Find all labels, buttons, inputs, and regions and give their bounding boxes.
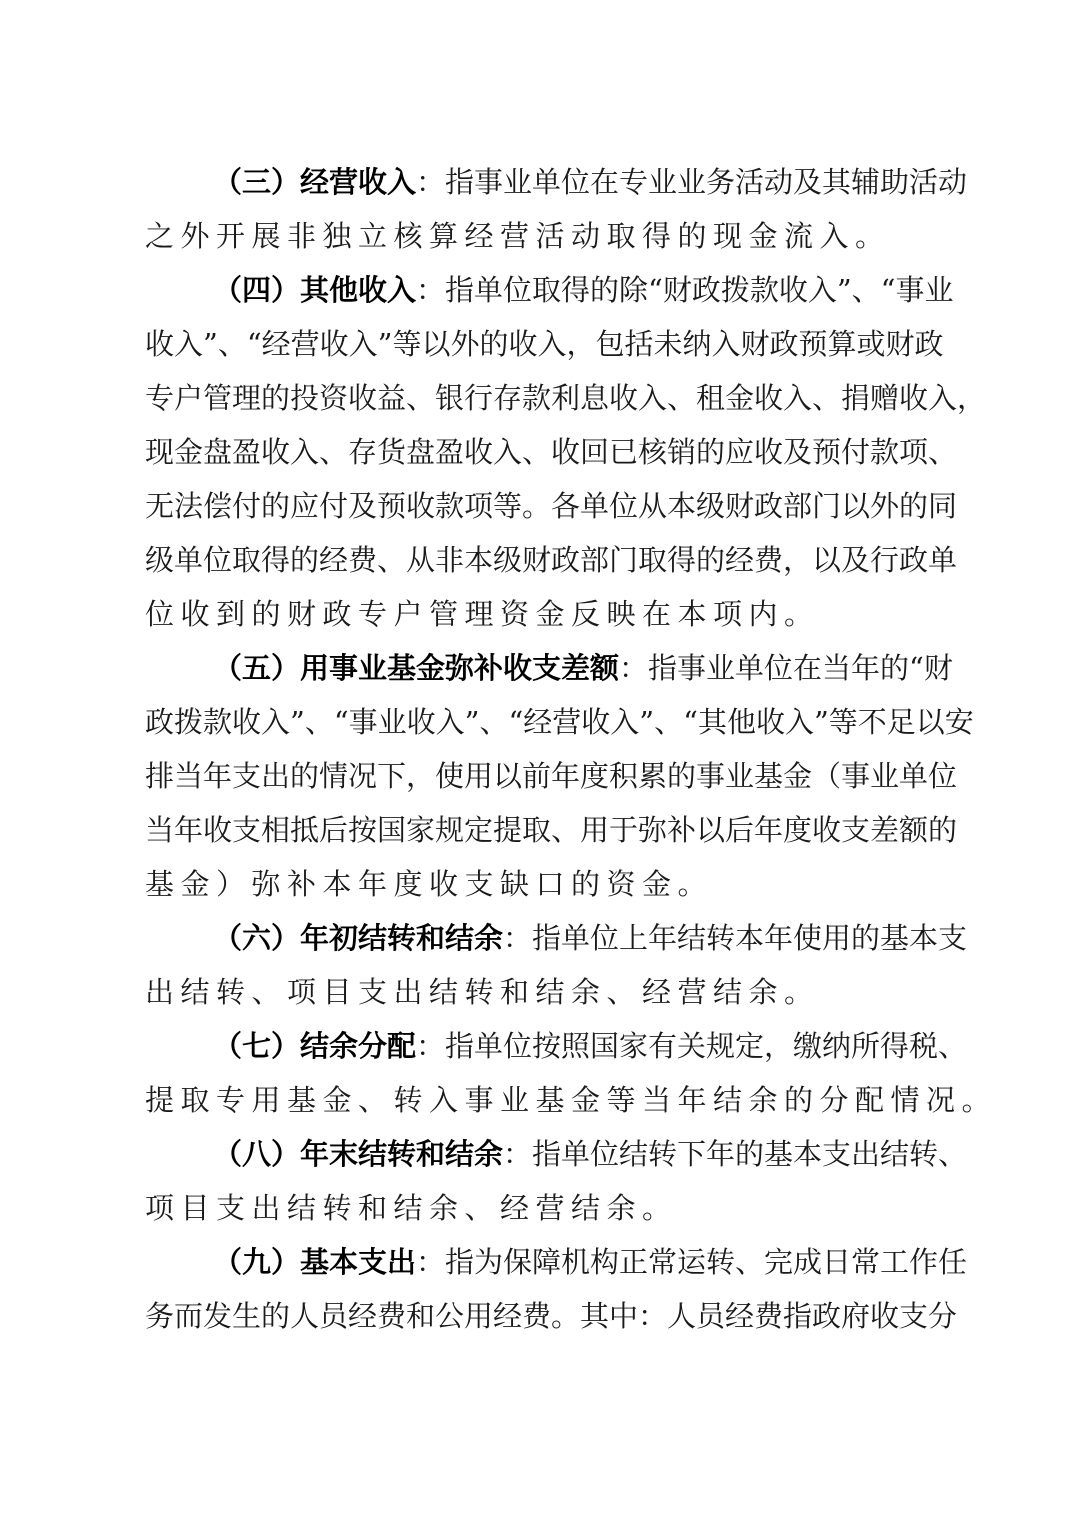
paragraph-line: （三）经营收入：指事业单位在专业业务活动及其辅助活动 — [145, 155, 941, 209]
paragraph-line: 无法偿付的应付及预收款项等。各单位从本级财政部门以外的同 — [145, 479, 941, 533]
paragraph-line: 提取专用基金、转入事业基金等当年结余的分配情况。 — [145, 1073, 941, 1127]
paragraph-other-income: （四）其他收入：指单位取得的除“财政拨款收入”、“事业 收入”、“经营收入”等以… — [145, 263, 941, 641]
paragraph-line: （七）结余分配：指单位按照国家有关规定，缴纳所得税、 — [145, 1019, 941, 1073]
term-heading: （四）其他收入 — [213, 273, 416, 307]
term-heading: （五）用事业基金弥补收支差额 — [213, 651, 619, 685]
document-page: （三）经营收入：指事业单位在专业业务活动及其辅助活动 之外开展非独立核算经营活动… — [145, 155, 941, 1343]
paragraph-closing-balance: （八）年末结转和结余：指单位结转下年的基本支出结转、 项目支出结转和结余、经营结… — [145, 1127, 941, 1235]
definition-text: ：指事业单位在专业业务活动及其辅助活动 — [416, 165, 967, 199]
paragraph-line: 当年收支相抵后按国家规定提取、用于弥补以后年度收支差额的 — [145, 803, 941, 857]
paragraph-basic-expenditure: （九）基本支出：指为保障机构正常运转、完成日常工作任 务而发生的人员经费和公用经… — [145, 1235, 941, 1343]
paragraph-line: （八）年末结转和结余：指单位结转下年的基本支出结转、 — [145, 1127, 941, 1181]
paragraph-fund-offset: （五）用事业基金弥补收支差额：指事业单位在当年的“财 政拨款收入”、“事业收入”… — [145, 641, 941, 911]
paragraph-line: （四）其他收入：指单位取得的除“财政拨款收入”、“事业 — [145, 263, 941, 317]
paragraph-line: 现金盘盈收入、存货盘盈收入、收回已核销的应收及预付款项、 — [145, 425, 941, 479]
paragraph-line: 位收到的财政专户管理资金反映在本项内。 — [145, 587, 941, 641]
definition-text: ：指为保障机构正常运转、完成日常工作任 — [416, 1245, 967, 1279]
paragraph-line: 排当年支出的情况下，使用以前年度积累的事业基金（事业单位 — [145, 749, 941, 803]
definition-text: ：指单位取得的除“财政拨款收入”、“事业 — [416, 273, 953, 307]
term-heading: （九）基本支出 — [213, 1245, 416, 1279]
paragraph-line: 出结转、项目支出结转和结余、经营结余。 — [145, 965, 941, 1019]
paragraph-line: 项目支出结转和结余、经营结余。 — [145, 1181, 941, 1235]
term-heading: （六）年初结转和结余 — [213, 921, 503, 955]
definition-text: ：指单位结转下年的基本支出结转、 — [503, 1137, 967, 1171]
paragraph-line: 专户管理的投资收益、银行存款利息收入、租金收入、捐赠收入， — [145, 371, 941, 425]
term-heading: （三）经营收入 — [213, 165, 416, 199]
definition-text: ：指单位按照国家有关规定，缴纳所得税、 — [416, 1029, 967, 1063]
term-heading: （八）年末结转和结余 — [213, 1137, 503, 1171]
paragraph-operating-income: （三）经营收入：指事业单位在专业业务活动及其辅助活动 之外开展非独立核算经营活动… — [145, 155, 941, 263]
paragraph-opening-balance: （六）年初结转和结余：指单位上年结转本年使用的基本支 出结转、项目支出结转和结余… — [145, 911, 941, 1019]
paragraph-line: （六）年初结转和结余：指单位上年结转本年使用的基本支 — [145, 911, 941, 965]
paragraph-line: 务而发生的人员经费和公用经费。其中：人员经费指政府收支分 — [145, 1289, 941, 1343]
paragraph-line: （九）基本支出：指为保障机构正常运转、完成日常工作任 — [145, 1235, 941, 1289]
paragraph-line: 收入”、“经营收入”等以外的收入，包括未纳入财政预算或财政 — [145, 317, 941, 371]
definition-text: ：指单位上年结转本年使用的基本支 — [503, 921, 967, 955]
paragraph-line: 之外开展非独立核算经营活动取得的现金流入。 — [145, 209, 941, 263]
definition-text: ：指事业单位在当年的“财 — [619, 651, 953, 685]
term-heading: （七）结余分配 — [213, 1029, 416, 1063]
paragraph-line: （五）用事业基金弥补收支差额：指事业单位在当年的“财 — [145, 641, 941, 695]
paragraph-line: 基金）弥补本年度收支缺口的资金。 — [145, 857, 941, 911]
paragraph-line: 级单位取得的经费、从非本级财政部门取得的经费，以及行政单 — [145, 533, 941, 587]
paragraph-line: 政拨款收入”、“事业收入”、“经营收入”、“其他收入”等不足以安 — [145, 695, 941, 749]
paragraph-surplus-distribution: （七）结余分配：指单位按照国家有关规定，缴纳所得税、 提取专用基金、转入事业基金… — [145, 1019, 941, 1127]
